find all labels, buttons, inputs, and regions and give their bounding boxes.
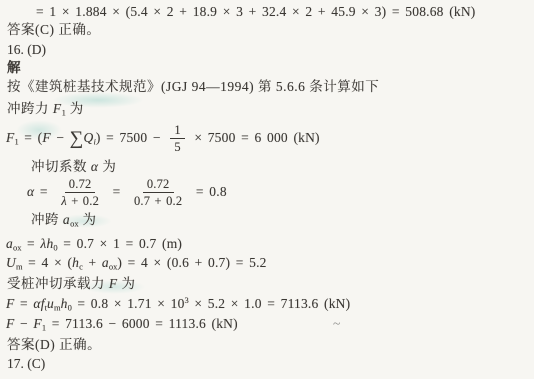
text-run: 冲跨 bbox=[31, 212, 63, 227]
equation-f-diff: F − F1 = 7113.6 − 6000 = 1113.6 (kN) bbox=[6, 316, 238, 333]
subscript: m bbox=[54, 303, 61, 313]
fraction-numerator: 0.72 bbox=[143, 177, 174, 193]
text-run: ~ bbox=[333, 316, 340, 331]
scan-mark: ~ bbox=[333, 316, 340, 332]
text-run: 受桩冲切承载力 bbox=[7, 276, 109, 291]
fraction: 0.720.7 + 0.2 bbox=[130, 177, 186, 209]
capacity-label: 受桩冲切承载力 F 为 bbox=[7, 276, 136, 292]
variable-alpha-ft: αf bbox=[33, 296, 44, 311]
variable-a: a bbox=[102, 255, 109, 270]
subscript: ox bbox=[70, 219, 79, 229]
text-run: = ( bbox=[19, 130, 43, 145]
fraction: 15 bbox=[170, 123, 184, 155]
text-run: 解 bbox=[7, 60, 21, 75]
text-run: = bbox=[14, 296, 33, 311]
text-run: ) = 4 × (0.6 + 0.7) = 5.2 bbox=[117, 255, 266, 270]
fraction-denominator: 5 bbox=[170, 139, 184, 154]
text-run: 为 bbox=[98, 159, 116, 174]
text-run: + bbox=[83, 255, 102, 270]
text-run: 按《建筑桩基技术规范》(JGJ 94—1994) 第 5.6.6 条计算如下 bbox=[7, 79, 379, 94]
variable-u: u bbox=[47, 296, 54, 311]
item-16-line: 16. (D) bbox=[7, 42, 46, 58]
punching-span-label: 冲跨 aox 为 bbox=[31, 212, 97, 229]
document-page: = 1 × 1.884 × (5.4 × 2 + 18.9 × 3 + 32.4… bbox=[0, 0, 534, 379]
text-run: 冲跨力 bbox=[7, 101, 53, 116]
text-run: = bbox=[107, 184, 126, 199]
variable-lambda-h: λh bbox=[40, 236, 53, 251]
variable-F: F bbox=[33, 316, 41, 331]
summation-icon: ∑ bbox=[70, 128, 84, 149]
fraction-numerator: 1 bbox=[170, 123, 184, 139]
text-run: 为 bbox=[66, 101, 84, 116]
equation-f1: F1 = (F − ∑Qi) = 7500 − 15 × 7500 = 6 00… bbox=[6, 123, 320, 155]
text-run: = 0.8 bbox=[190, 184, 226, 199]
fraction-numerator: 0.72 bbox=[65, 177, 96, 193]
text-run: 答案(D) 正确。 bbox=[7, 337, 101, 352]
equation-alpha: α = 0.72λ + 0.2 = 0.720.7 + 0.2 = 0.8 bbox=[27, 177, 227, 209]
fraction: 0.72λ + 0.2 bbox=[57, 177, 103, 209]
answer-d-line: 答案(D) 正确。 bbox=[7, 337, 101, 353]
code-reference-line: 按《建筑桩基技术规范》(JGJ 94—1994) 第 5.6.6 条计算如下 bbox=[7, 79, 379, 95]
text-run: = 0.7 × 1 = 0.7 (m) bbox=[58, 236, 182, 251]
text-run: − bbox=[51, 130, 70, 145]
variable-Q: Q bbox=[84, 130, 94, 145]
variable-U: U bbox=[6, 255, 16, 270]
text-run: ) = 7500 − bbox=[96, 130, 166, 145]
text-run: 为 bbox=[79, 212, 97, 227]
variable-a: a bbox=[6, 236, 13, 251]
equation-capacity: F = αftumh0 = 0.8 × 1.71 × 103 × 5.2 × 1… bbox=[6, 296, 350, 313]
solution-label: 解 bbox=[7, 60, 21, 76]
text-run: = 7113.6 − 6000 = 1113.6 (kN) bbox=[46, 316, 238, 331]
equation-aox: aox = λh0 = 0.7 × 1 = 0.7 (m) bbox=[6, 236, 182, 253]
text-run: 17. (C) bbox=[7, 356, 45, 371]
text-run: 16. (D) bbox=[7, 42, 46, 57]
equation-total-load: = 1 × 1.884 × (5.4 × 2 + 18.9 × 3 + 32.4… bbox=[36, 4, 475, 20]
text-run: = bbox=[21, 236, 40, 251]
variable-h: h bbox=[61, 296, 68, 311]
text-run: × 5.2 × 1.0 = 7113.6 (kN) bbox=[189, 296, 351, 311]
text-run: = 4 × ( bbox=[23, 255, 73, 270]
variable-F: F bbox=[42, 130, 50, 145]
fraction-denominator: 0.7 + 0.2 bbox=[130, 193, 186, 208]
text-run: + 0.2 bbox=[67, 194, 99, 208]
subscript: m bbox=[16, 262, 23, 272]
text-run: = bbox=[34, 184, 53, 199]
text-run: = 1 × 1.884 × (5.4 × 2 + 18.9 × 3 + 32.4… bbox=[36, 4, 475, 19]
text-run: − bbox=[14, 316, 33, 331]
variable-F: F bbox=[53, 101, 62, 116]
variable-F: F bbox=[109, 276, 118, 291]
punching-force-label: 冲跨力 F1 为 bbox=[7, 101, 84, 118]
text-run: × 7500 = 6 000 (kN) bbox=[189, 130, 320, 145]
fraction-denominator: λ + 0.2 bbox=[57, 193, 103, 208]
equation-um: Um = 4 × (hc + aox) = 4 × (0.6 + 0.7) = … bbox=[6, 255, 267, 272]
item-17-line: 17. (C) bbox=[7, 356, 45, 372]
text-run: 答案(C) 正确。 bbox=[7, 22, 100, 37]
text-run: 为 bbox=[118, 276, 136, 291]
text-run: = 0.8 × 1.71 × 10 bbox=[72, 296, 185, 311]
alpha-coefficient-label: 冲切系数 α 为 bbox=[31, 159, 116, 175]
answer-c-line: 答案(C) 正确。 bbox=[7, 22, 100, 38]
text-run: 冲切系数 bbox=[31, 159, 91, 174]
